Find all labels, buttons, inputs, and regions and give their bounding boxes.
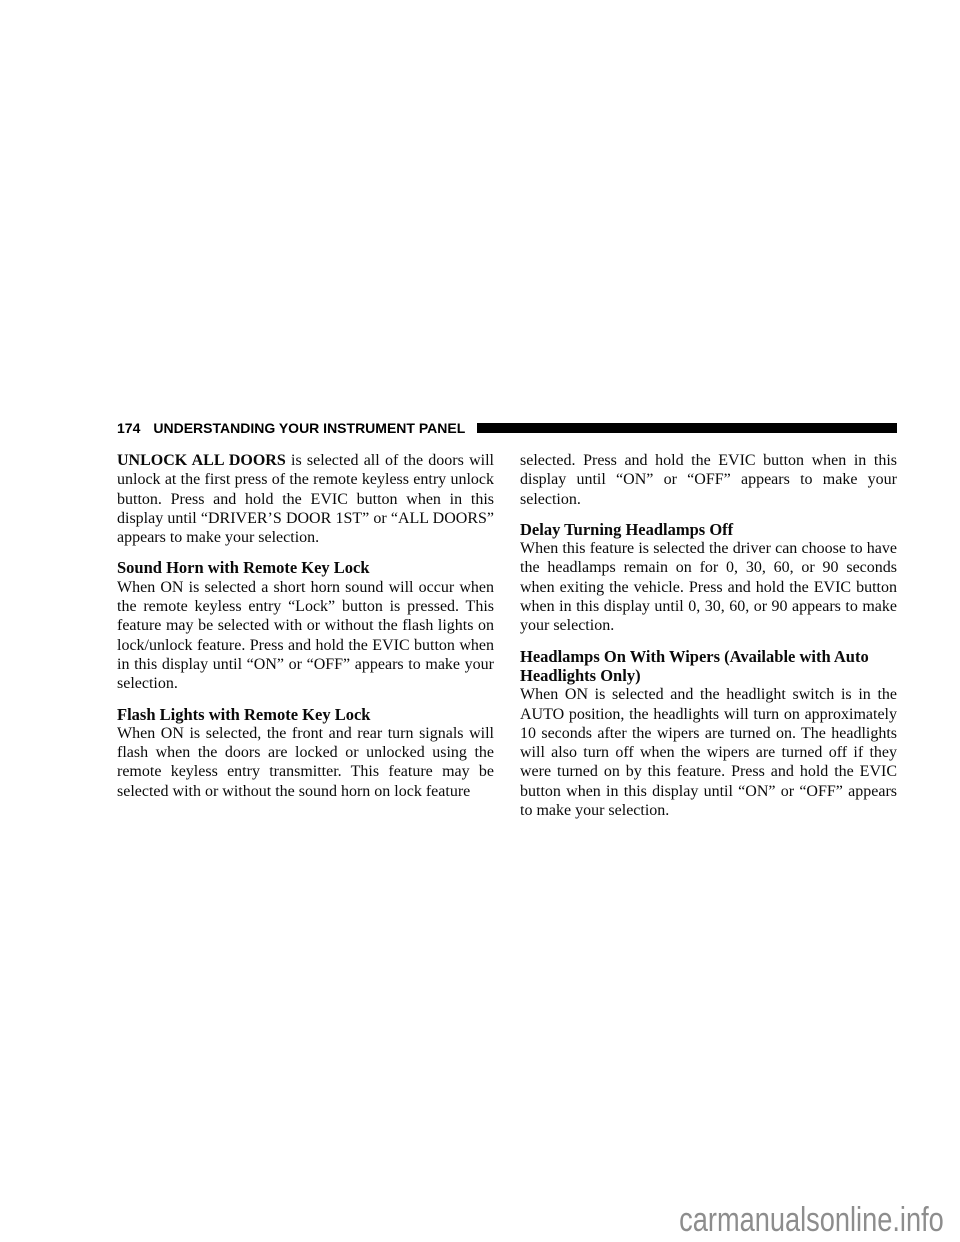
- section-title: UNDERSTANDING YOUR INSTRUMENT PANEL: [153, 420, 465, 436]
- running-header: 174 UNDERSTANDING YOUR INSTRUMENT PANEL: [117, 420, 897, 436]
- heading-sound-horn: Sound Horn with Remote Key Lock: [117, 558, 494, 577]
- manual-page: 174 UNDERSTANDING YOUR INSTRUMENT PANEL …: [0, 0, 960, 1242]
- paragraph-headlamps-wipers: When ON is selected and the headlight sw…: [520, 685, 897, 820]
- paragraph-lead-bold: UNLOCK ALL DOORS: [117, 452, 286, 469]
- page-content: 174 UNDERSTANDING YOUR INSTRUMENT PANEL …: [117, 420, 897, 820]
- paragraph-delay-headlamps: When this feature is selected the driver…: [520, 539, 897, 635]
- site-watermark: carmanualsonline.info: [679, 1201, 944, 1240]
- two-column-text: UNLOCK ALL DOORS is selected all of the …: [117, 451, 897, 820]
- paragraph-sound-horn: When ON is selected a short horn sound w…: [117, 578, 494, 694]
- heading-delay-headlamps: Delay Turning Headlamps Off: [520, 520, 897, 539]
- heading-headlamps-wipers: Headlamps On With Wipers (Available with…: [520, 647, 897, 686]
- paragraph-flash-lights: When ON is selected, the front and rear …: [117, 724, 494, 801]
- header-rule-bar: [477, 423, 897, 433]
- paragraph-unlock-all-doors: UNLOCK ALL DOORS is selected all of the …: [117, 451, 494, 547]
- right-column: selected. Press and hold the EVIC button…: [520, 451, 897, 820]
- left-column: UNLOCK ALL DOORS is selected all of the …: [117, 451, 494, 820]
- paragraph-flash-lights-continued: selected. Press and hold the EVIC button…: [520, 451, 897, 509]
- heading-flash-lights: Flash Lights with Remote Key Lock: [117, 705, 494, 724]
- page-number: 174: [117, 420, 140, 436]
